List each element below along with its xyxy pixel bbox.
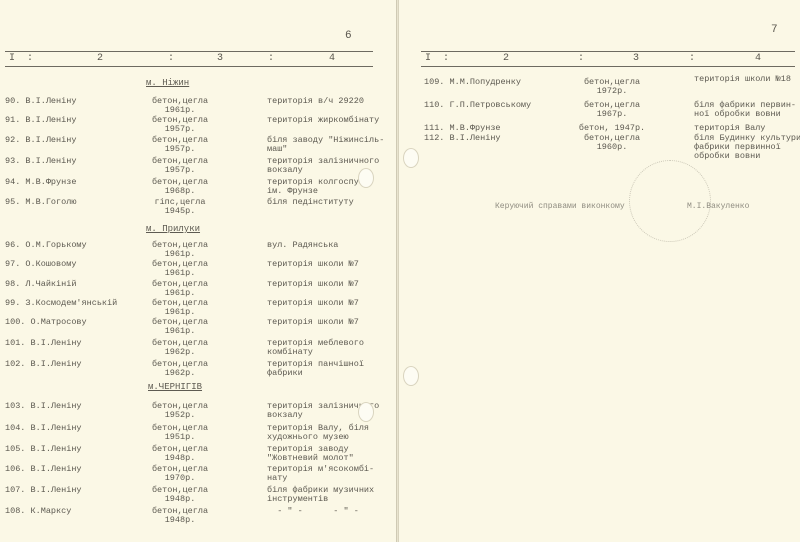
monument-name: М.М.Попудренку <box>450 77 521 87</box>
monument-name: В.І.Леніну <box>31 444 82 454</box>
row-number: 105. <box>5 444 25 454</box>
column-header-row: I : 2 : 3 : 4 <box>421 51 795 67</box>
page-number: 6 <box>345 30 352 42</box>
punch-hole <box>403 366 419 386</box>
col-header-1: I <box>9 53 15 64</box>
col-header-3: 3 <box>217 53 223 64</box>
monument-name: М.В.Фрунзе <box>450 123 501 133</box>
monument-name: В.І.Леніну <box>25 115 76 125</box>
monument-name: Л.Чайкіній <box>25 279 76 289</box>
row-number: 106. <box>5 464 25 474</box>
row-number: 101. <box>5 338 25 348</box>
row-number: 107. <box>5 485 25 495</box>
year: 1970р. <box>165 473 196 483</box>
location: територія Валу <box>694 124 765 133</box>
col-header-4: 4 <box>329 53 335 64</box>
location: територія колгоспу ім. Фрунзе <box>267 178 359 196</box>
monument-name: В.І.Леніну <box>31 359 82 369</box>
row-number: 93. <box>5 156 20 166</box>
col-separator: : <box>689 53 695 64</box>
monument-name: В.І.Леніну <box>450 133 501 143</box>
col-separator: : <box>168 53 174 64</box>
year: 1951р. <box>165 432 196 442</box>
signature-name: М.І.Вакуленко <box>687 202 749 211</box>
year: 1948р. <box>165 494 196 504</box>
year: 1961р. <box>165 105 196 115</box>
right-page: 7 I : 2 : 3 : 4 109. М.М.Попудренку бето… <box>398 0 800 542</box>
year: 1961р. <box>165 307 196 317</box>
row-number: 102. <box>5 359 25 369</box>
location: територія школи №7 <box>267 318 359 327</box>
col-header-3: 3 <box>633 53 639 64</box>
year: 1962р. <box>165 368 196 378</box>
col-separator: : <box>268 53 274 64</box>
punch-hole <box>403 148 419 168</box>
location: територія м'ясокомбі- нату <box>267 465 374 483</box>
monument-name: М.В.Гоголю <box>25 197 76 207</box>
col-header-4: 4 <box>755 53 761 64</box>
monument-name: О.Матросову <box>31 317 87 327</box>
location: вул. Радянська <box>267 241 338 250</box>
col-header-2: 2 <box>97 53 103 64</box>
location: біля заводу "Ніжинсіль- маш" <box>267 136 384 154</box>
year: 1961р. <box>165 326 196 336</box>
location: територія меблевого комбінату <box>267 339 364 357</box>
year: 1967р. <box>597 109 628 119</box>
monument-name: В.І.Леніну <box>25 135 76 145</box>
year: 1960р. <box>597 142 628 152</box>
year: 1961р. <box>165 249 196 259</box>
monument-name: К.Марксу <box>31 506 72 516</box>
page-number: 7 <box>771 24 778 36</box>
material: бетон, 1947р. <box>579 123 645 133</box>
section-title: м. Ніжин <box>146 78 189 88</box>
location: територія школи №7 <box>267 280 359 289</box>
row-number: 95. <box>5 197 20 207</box>
punch-hole <box>358 402 374 422</box>
year: 1952р. <box>165 410 196 420</box>
location: біля фабрики музичних інструментів <box>267 486 374 504</box>
year: 1948р. <box>165 453 196 463</box>
year: 1961р. <box>165 288 196 298</box>
row-number: 96. <box>5 240 20 250</box>
row-number: 97. <box>5 259 20 269</box>
col-header-1: I <box>425 53 431 64</box>
col-separator: : <box>443 53 449 64</box>
monument-name: В.І.Леніну <box>25 96 76 106</box>
row-number: 100. <box>5 317 25 327</box>
year: 1962р. <box>165 347 196 357</box>
year: 1968р. <box>165 186 196 196</box>
monument-name: З.Космодем'янській <box>25 298 117 308</box>
row-number: 111. <box>424 123 444 133</box>
row-number: 98. <box>5 279 20 289</box>
row-number: 110. <box>424 100 444 110</box>
location: біля педінституту <box>267 198 354 207</box>
location: територія школи №7 <box>267 260 359 269</box>
monument-name: М.В.Фрунзе <box>25 177 76 187</box>
monument-name: В.І.Леніну <box>31 423 82 433</box>
row-number: 94. <box>5 177 20 187</box>
col-header-2: 2 <box>503 53 509 64</box>
monument-name: Г.П.Петровському <box>450 100 532 110</box>
year: 1957р. <box>165 124 196 134</box>
monument-name: В.І.Леніну <box>31 485 82 495</box>
row-number: 104. <box>5 423 25 433</box>
column-header-row: I : 2 : 3 : 4 <box>5 51 373 67</box>
row-number: 103. <box>5 401 25 411</box>
row-number: 90. <box>5 96 20 106</box>
row-number: 112. <box>424 133 444 143</box>
monument-name: О.М.Горькому <box>25 240 86 250</box>
section-title: м. Прилуки <box>146 224 200 234</box>
year: 1945р. <box>165 206 196 216</box>
year: 1948р. <box>165 515 196 525</box>
signature-title: Керуючий справами виконкому <box>495 202 625 211</box>
section-title: м.ЧЕРНІГІВ <box>148 382 202 392</box>
location: територія школи №18 <box>694 75 791 84</box>
year: 1972р. <box>597 86 628 96</box>
col-separator: : <box>27 53 33 64</box>
location: територія Валу, біля художнього музею <box>267 424 369 442</box>
year: 1957р. <box>165 144 196 154</box>
monument-name: В.І.Леніну <box>31 401 82 411</box>
monument-name: О.Кошовому <box>25 259 76 269</box>
row-number: 91. <box>5 115 20 125</box>
row-number: 92. <box>5 135 20 145</box>
monument-name: В.І.Леніну <box>25 156 76 166</box>
location: територія школи №7 <box>267 299 359 308</box>
row-number: 109. <box>424 77 444 87</box>
official-stamp <box>629 160 711 242</box>
location: біля Будинку культури фабрики первинної … <box>694 134 800 161</box>
monument-name: В.І.Леніну <box>31 338 82 348</box>
monument-name: В.І.Леніну <box>31 464 82 474</box>
punch-hole <box>358 168 374 188</box>
row-number: 108. <box>5 506 25 516</box>
year: 1961р. <box>165 268 196 278</box>
location: територія жиркомбінату <box>267 116 379 125</box>
location: територія панчішної фабрики <box>267 360 364 378</box>
col-separator: : <box>578 53 584 64</box>
location: територія в/ч 29220 <box>267 97 364 106</box>
location: біля фабрики первин- ної обробки вовни <box>694 101 796 119</box>
location: - " - - " - <box>267 507 359 516</box>
left-page: 6 I : 2 : 3 : 4 м. Ніжин 90. В.І.Леніну … <box>0 0 397 542</box>
location: територія заводу "Жовтневий молот" <box>267 445 354 463</box>
row-number: 99. <box>5 298 20 308</box>
year: 1957р. <box>165 165 196 175</box>
